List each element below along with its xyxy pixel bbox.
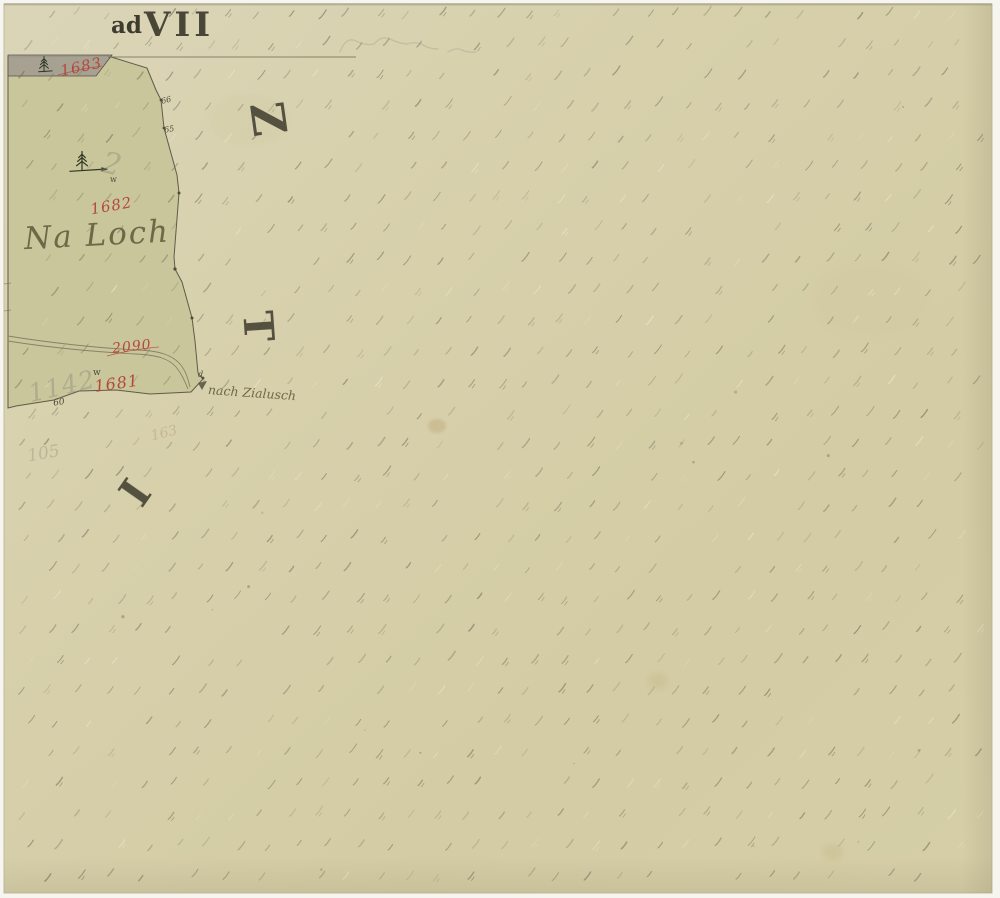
area-label-na-loch: Na Loch — [22, 214, 171, 258]
scanned-cadastral-map-sheet: ad VII Z T I 1683 1682 2090 1681 Na Loch… — [0, 0, 1000, 898]
paper-right-shading — [962, 4, 992, 893]
sheet-title-numeral: VII — [143, 5, 214, 45]
neighbor-letter-t: T — [233, 309, 283, 343]
sheet-title-prefix: ad — [111, 12, 142, 39]
map-canvas: ad VII Z T I 1683 1682 2090 1681 Na Loch… — [0, 0, 1000, 898]
paper-bottom-shading — [4, 856, 992, 893]
point-mark-d: d — [198, 370, 203, 379]
point-number-65: 65 — [163, 124, 175, 135]
